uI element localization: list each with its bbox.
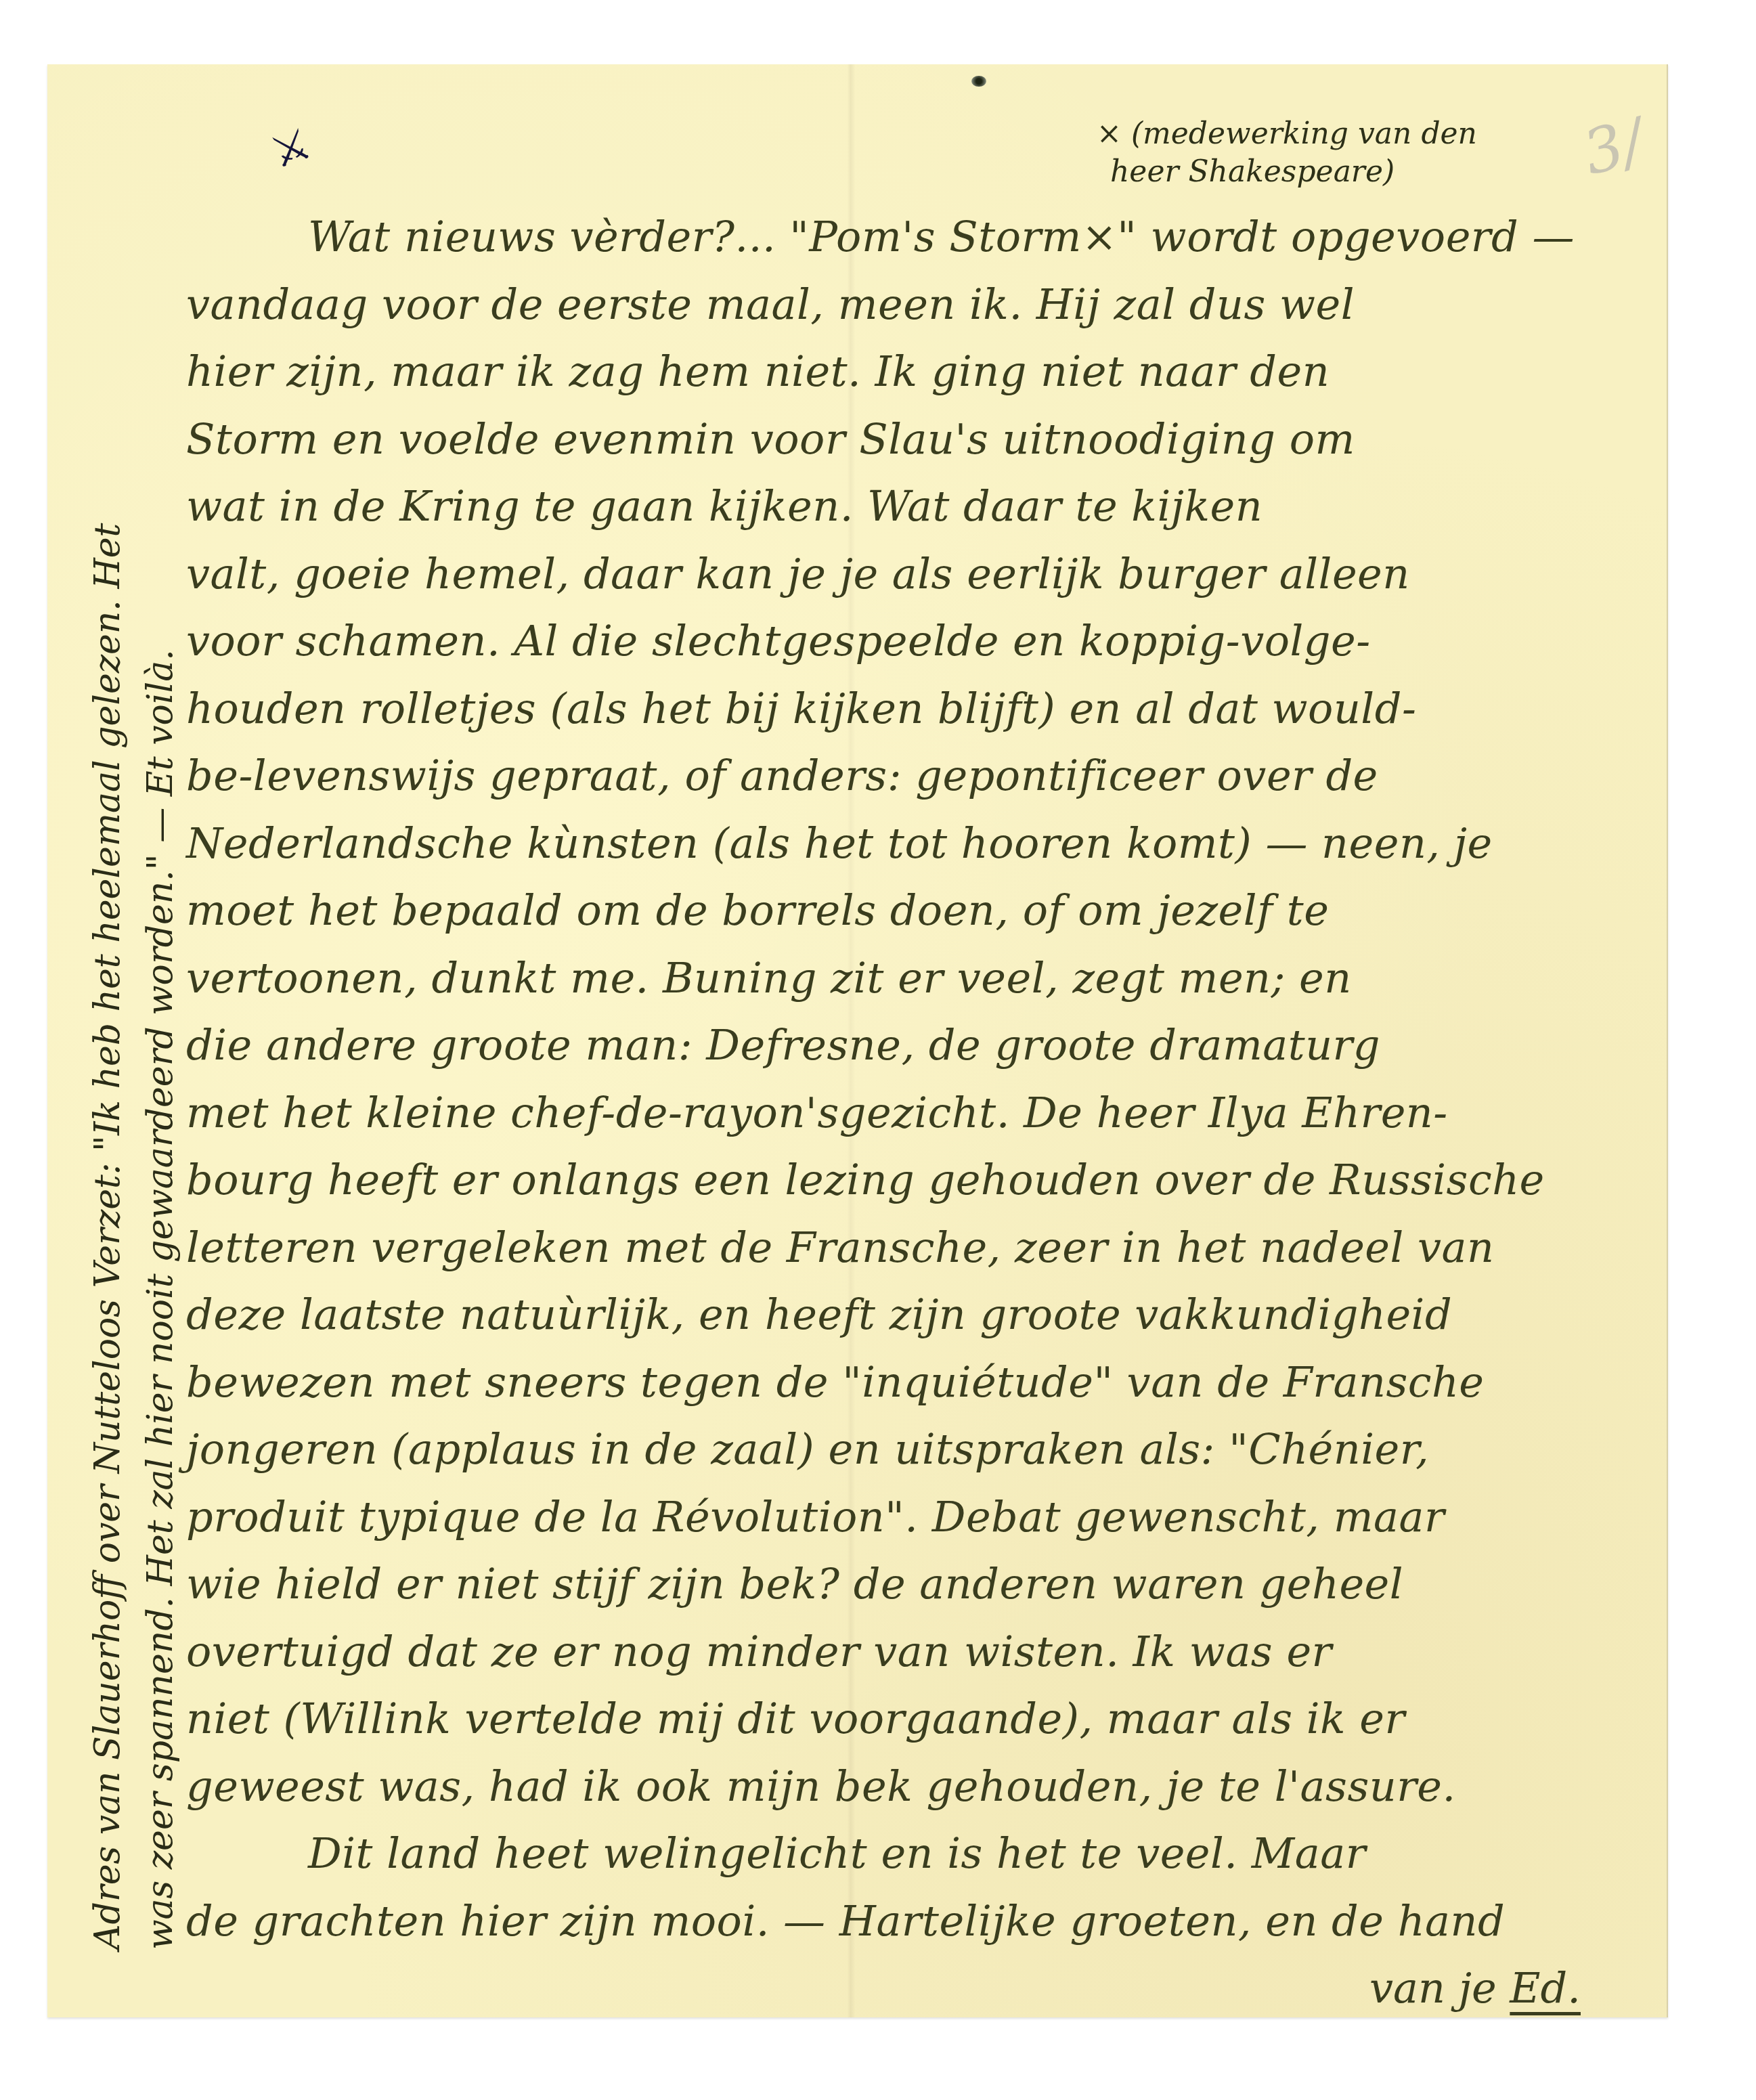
body-line-16: letteren vergeleken met de Fransche, zee… (186, 1214, 1642, 1282)
body-line-23: niet (Willink vertelde mij dit voorgaand… (186, 1685, 1642, 1753)
ink-blot (971, 76, 986, 87)
body-line-6: valt, goeie hemel, daar kan je je als ee… (186, 540, 1642, 608)
body-line-18: bewezen met sneers tegen de "inquiétude"… (186, 1349, 1642, 1416)
body-line-17: deze laatste natuùrlijk, en heeft zijn g… (186, 1281, 1642, 1349)
footnote-marker: × (1097, 116, 1122, 151)
margin-note-line-2: was zeer spannend. Het zal hier nooit ge… (134, 122, 187, 1950)
body-line-5: wat in de Kring te gaan kijken. Wat daar… (186, 473, 1642, 540)
body-line-15: bourg heeft er onlangs een lezing gehoud… (186, 1146, 1642, 1214)
body-line-2: vandaag voor de eerste maal, meen ik. Hi… (186, 271, 1642, 338)
body-line-9: be-levenswijs gepraat, of anders: gepont… (186, 742, 1642, 810)
signoff: van je Ed. (186, 1954, 1642, 2022)
body-line-11: moet het bepaald om de borrels doen, of … (186, 877, 1642, 944)
margin-note: Adres van Slauerhoff over Nutteloos Verz… (81, 122, 187, 1950)
signature: Ed. (1510, 1963, 1581, 2013)
body-line-8: houden rolletjes (als het bij kijken bli… (186, 675, 1642, 743)
body-line-4: Storm en voelde evenmin voor Slau's uitn… (186, 406, 1642, 473)
body-line-25: Dit land heet welingelicht en is het te … (186, 1820, 1642, 1887)
body-line-14: met het kleine chef-de-rayon'sgezicht. D… (186, 1079, 1642, 1147)
letter-body: Wat nieuws vèrder?... "Pom's Storm×" wor… (186, 203, 1642, 2022)
body-line-24: geweest was, had ik ook mijn bek gehoude… (186, 1753, 1642, 1820)
body-line-10: Nederlandsche kùnsten (als het tot hoore… (186, 810, 1642, 877)
signoff-text: van je (1369, 1963, 1497, 2013)
body-line-13: die andere groote man: Defresne, de groo… (186, 1011, 1642, 1079)
body-line-3: hier zijn, maar ik zag hem niet. Ik ging… (186, 338, 1642, 406)
body-line-7: voor schamen. Al die slechtgespeelde en … (186, 607, 1642, 675)
footnote: × (medewerking van den heer Shakespeare) (1097, 115, 1477, 191)
body-line-20: produit typique de la Révolution". Debat… (186, 1483, 1642, 1551)
body-line-21: wie hield er niet stijf zijn bek? de and… (186, 1550, 1642, 1618)
body-line-12: vertoonen, dunkt me. Buning zit er veel,… (186, 944, 1642, 1012)
body-line-26: de grachten hier zijn mooi. — Hartelijke… (186, 1887, 1642, 1955)
body-line-1: Wat nieuws vèrder?... "Pom's Storm×" wor… (186, 203, 1642, 271)
margin-note-line-1: Adres van Slauerhoff over Nutteloos Verz… (81, 122, 134, 1950)
body-line-22: overtuigd dat ze er nog minder van wiste… (186, 1618, 1642, 1686)
footnote-line-1: (medewerking van den (1131, 116, 1477, 151)
footnote-line-2: heer Shakespeare) (1097, 153, 1477, 191)
body-line-19: jongeren (applaus in de zaal) en uitspra… (186, 1416, 1642, 1483)
